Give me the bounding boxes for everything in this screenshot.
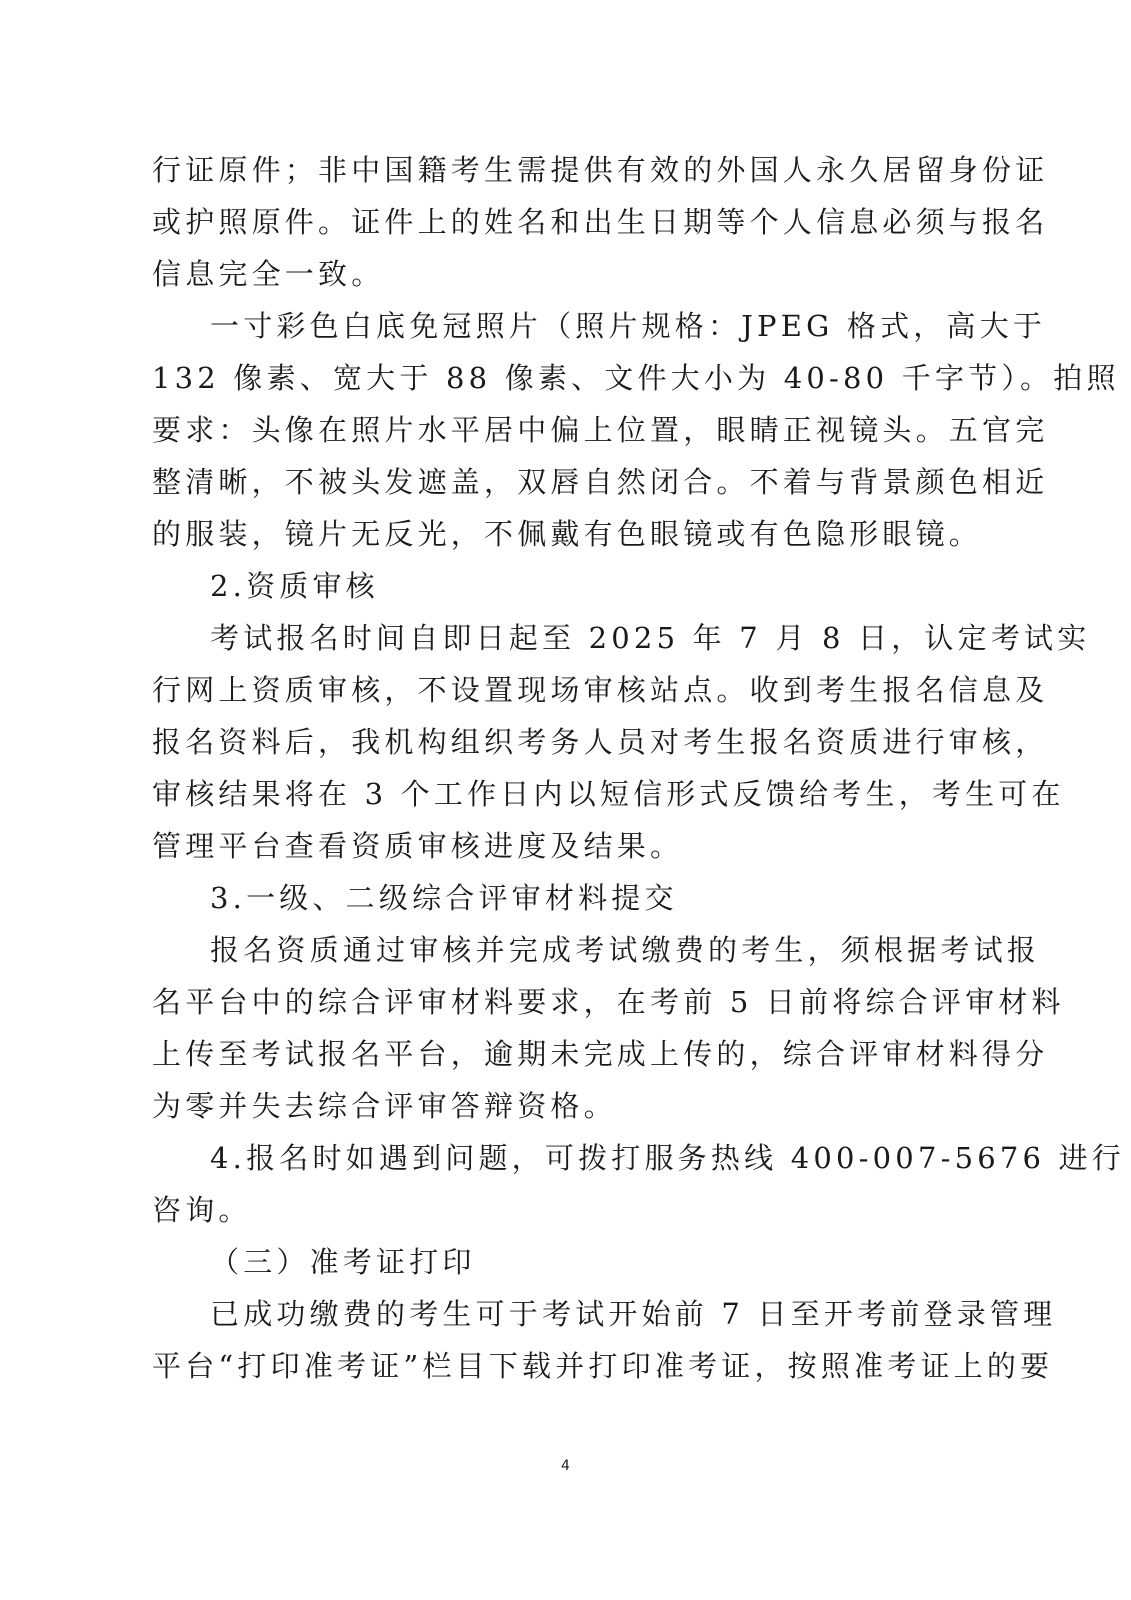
paragraph-line: 信息完全一致。 bbox=[152, 252, 952, 296]
paragraph-line: 考试报名时间自即日起至 2025 年 7 月 8 日，认定考试实 bbox=[210, 616, 952, 660]
paragraph-line: 咨询。 bbox=[152, 1188, 952, 1232]
section-heading-admission-ticket: （三）准考证打印 bbox=[210, 1240, 1010, 1284]
paragraph-line: 审核结果将在 3 个工作日内以短信形式反馈给考生，考生可在 bbox=[152, 772, 952, 816]
document-page: 行证原件；非中国籍考生需提供有效的外国人永久居留身份证 或护照原件。证件上的姓名… bbox=[0, 0, 1131, 1600]
paragraph-line: 要求：头像在照片水平居中偏上位置，眼睛正视镜头。五官完 bbox=[152, 408, 952, 452]
paragraph-line: 132 像素、宽大于 88 像素、文件大小为 40-80 千字节）。拍照 bbox=[152, 356, 952, 400]
paragraph-line: 报名资料后，我机构组织考务人员对考生报名资质进行审核， bbox=[152, 720, 952, 764]
paragraph-line: 的服装，镜片无反光，不佩戴有色眼镜或有色隐形眼镜。 bbox=[152, 512, 952, 556]
paragraph-line: 一寸彩色白底免冠照片（照片规格：JPEG 格式，高大于 bbox=[210, 304, 952, 348]
paragraph-line: 报名资质通过审核并完成考试缴费的考生，须根据考试报 bbox=[210, 928, 952, 972]
paragraph-line-hotline: 4.报名时如遇到问题，可拨打服务热线 400-007-5676 进行 bbox=[210, 1136, 952, 1180]
paragraph-line: 或护照原件。证件上的姓名和出生日期等个人信息必须与报名 bbox=[152, 200, 952, 244]
paragraph-line: 上传至考试报名平台，逾期未完成上传的，综合评审材料得分 bbox=[152, 1032, 952, 1076]
paragraph-line: 平台“打印准考证”栏目下载并打印准考证，按照准考证上的要 bbox=[152, 1344, 952, 1388]
paragraph-line: 名平台中的综合评审材料要求，在考前 5 日前将综合评审材料 bbox=[152, 980, 952, 1024]
paragraph-line: 管理平台查看资质审核进度及结果。 bbox=[152, 824, 952, 868]
page-number: 4 bbox=[0, 1456, 1131, 1476]
paragraph-line: 已成功缴费的考生可于考试开始前 7 日至开考前登录管理 bbox=[210, 1292, 952, 1336]
paragraph-line: 行网上资质审核，不设置现场审核站点。收到考生报名信息及 bbox=[152, 668, 952, 712]
paragraph-line: 行证原件；非中国籍考生需提供有效的外国人永久居留身份证 bbox=[152, 148, 952, 192]
section-heading-qualification-review: 2.资质审核 bbox=[210, 564, 1010, 608]
paragraph-line: 整清晰，不被头发遮盖，双唇自然闭合。不着与背景颜色相近 bbox=[152, 460, 952, 504]
section-heading-review-materials: 3.一级、二级综合评审材料提交 bbox=[210, 876, 1010, 920]
paragraph-line: 为零并失去综合评审答辩资格。 bbox=[152, 1084, 952, 1128]
